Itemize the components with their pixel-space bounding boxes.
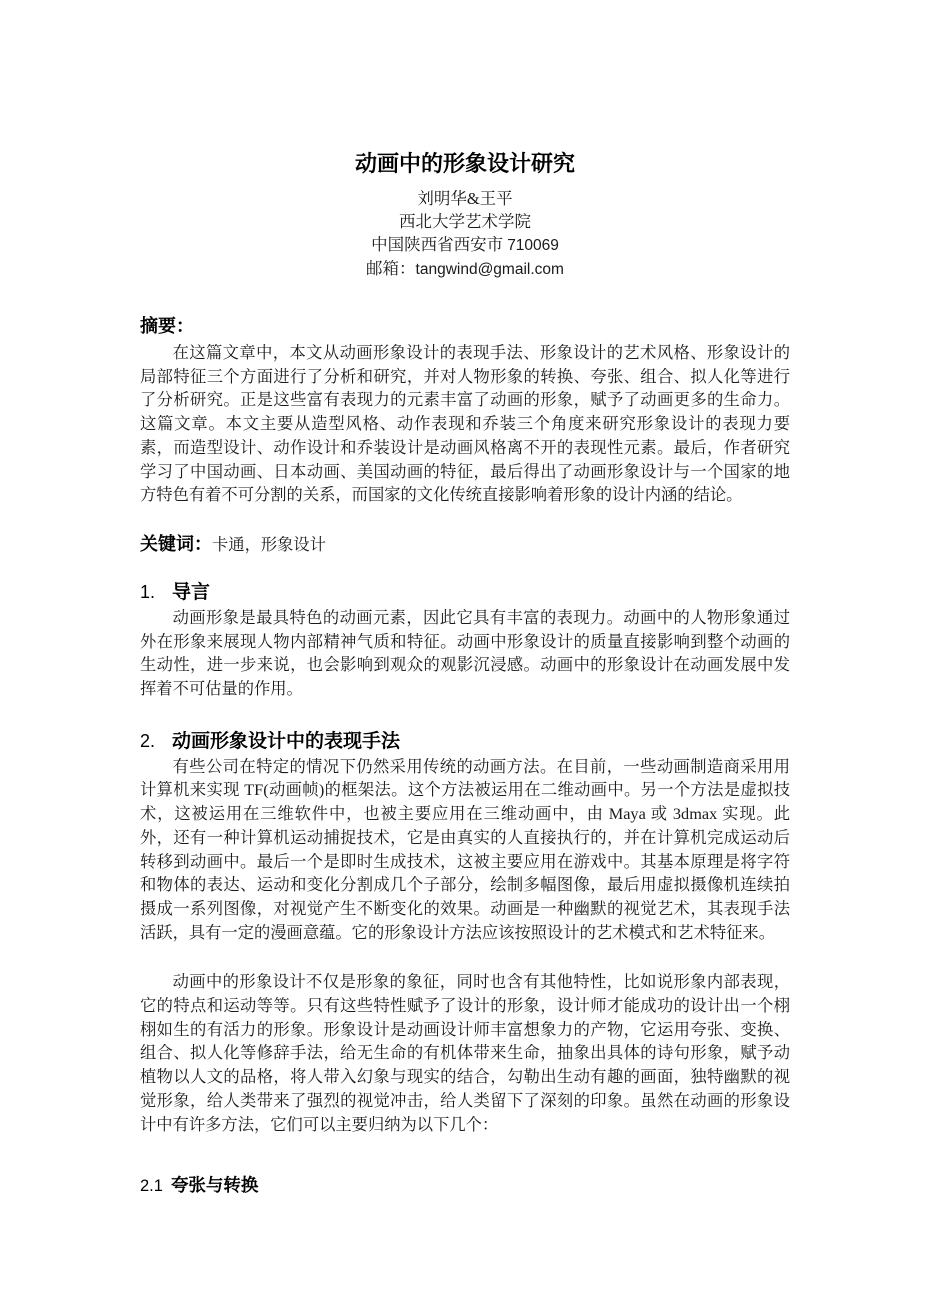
address-line: 中国陕西省西安市 710069 <box>140 233 790 257</box>
section-1-heading: 1.导言 <box>140 580 790 606</box>
document-page: 动画中的形象设计研究 刘明华&王平 西北大学艺术学院 中国陕西省西安市 7100… <box>0 0 926 1309</box>
subsection-2-1-number: 2.1 <box>140 1177 163 1195</box>
subsection-2-1-heading: 2.1夸张与转换 <box>140 1174 790 1198</box>
author-block: 刘明华&王平 西北大学艺术学院 中国陕西省西安市 710069 邮箱：tangw… <box>140 187 790 281</box>
section-2-heading: 2.动画形象设计中的表现手法 <box>140 729 790 755</box>
address-city: 中国陕西省西安市 <box>371 235 503 254</box>
email-address: tangwind@gmail.com <box>416 261 564 278</box>
section-1-paragraph: 动画形象是最具特色的动画元素，因此它具有丰富的表现力。动画中的人物形象通过外在形… <box>140 606 790 701</box>
affiliation: 西北大学艺术学院 <box>140 210 790 233</box>
section-2-title: 动画形象设计中的表现手法 <box>172 731 400 752</box>
address-postal-code: 710069 <box>507 237 559 254</box>
abstract-paragraph: 在这篇文章中，本文从动画形象设计的表现手法、形象设计的艺术风格、形象设计的局部特… <box>140 341 790 507</box>
keywords-label: 关键词： <box>140 534 212 554</box>
section-2-paragraph-1: 有些公司在特定的情况下仍然采用传统的动画方法。在目前，一些动画制造商采用用计算机… <box>140 755 790 945</box>
subsection-2-1-title: 夸张与转换 <box>171 1175 259 1195</box>
authors: 刘明华&王平 <box>140 187 790 210</box>
section-1-title: 导言 <box>172 582 210 603</box>
email-label: 邮箱： <box>366 259 416 278</box>
paper-title: 动画中的形象设计研究 <box>140 150 790 178</box>
section-2-number: 2. <box>140 731 155 751</box>
keywords-text: 卡通，形象设计 <box>212 535 326 554</box>
email-line: 邮箱：tangwind@gmail.com <box>140 257 790 281</box>
section-2-paragraph-2: 动画中的形象设计不仅是形象的象征，同时也含有其他特性，比如说形象内部表现，它的特… <box>140 970 790 1136</box>
section-1-number: 1. <box>140 582 155 602</box>
abstract-heading: 摘要： <box>140 315 790 337</box>
keywords-line: 关键词：卡通，形象设计 <box>140 533 790 556</box>
